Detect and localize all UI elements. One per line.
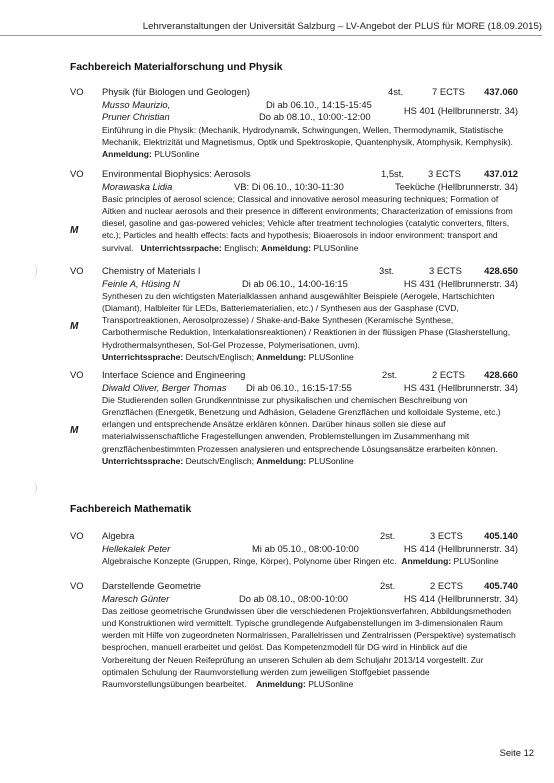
- course-time: Di ab 06.10., 16:15-17:55: [246, 382, 352, 395]
- course-description: Basic principles of aerosol science; Cla…: [102, 193, 518, 253]
- course-type: VO: [70, 530, 84, 543]
- course-type: VO: [70, 168, 84, 181]
- course-time: Di ab 06.10., 14:00-16:15: [242, 278, 348, 291]
- module-mark: M: [70, 321, 78, 334]
- course-description: Das zeitlose geometrische Grundwissen üb…: [102, 605, 518, 690]
- course-time: Do ab 08.10., 08:00-10:00: [239, 593, 348, 606]
- course-number: 428.650: [484, 265, 518, 278]
- course-room: HS 401 (Hellbrunnerstr. 34): [404, 105, 518, 118]
- module-mark: M: [70, 425, 78, 438]
- course-number: 405.740: [484, 580, 518, 593]
- course-description: Die Studierenden sollen Grundkenntnisse …: [102, 394, 518, 467]
- course-title: Darstellende Geometrie: [102, 580, 201, 593]
- course-hours: 2st.: [380, 580, 395, 593]
- course-428-650: VO Chemistry of Materials I 3st. 3 ECTS …: [70, 265, 518, 363]
- course-type: VO: [70, 86, 84, 99]
- course-title: Physik (für Biologen und Geologen): [102, 86, 250, 99]
- course-room: HS 414 (Hellbrunnerstr. 34): [404, 543, 518, 556]
- header-title: Lehrveranstaltungen der Universität Salz…: [143, 21, 542, 32]
- punch-hole-mark: [30, 263, 37, 279]
- course-room: Teeküche (Hellbrunnerstr. 34): [395, 181, 518, 194]
- course-ects: 2 ECTS: [430, 580, 463, 593]
- course-hours: 4st.: [388, 86, 403, 99]
- course-number: 405.140: [484, 530, 518, 543]
- header-divider: [0, 35, 542, 36]
- course-hours: 2st.: [380, 530, 395, 543]
- course-hours: 2st.: [382, 369, 397, 382]
- course-ects: 3 ECTS: [428, 168, 461, 181]
- module-mark: M: [70, 225, 78, 238]
- course-type: VO: [70, 580, 84, 593]
- course-lecturer: Diwald Oliver, Berger Thomas: [102, 382, 227, 395]
- section-title-mathematik: Fachbereich Mathematik: [70, 504, 191, 515]
- course-number: 437.060: [484, 86, 518, 99]
- section-title-materialforschung: Fachbereich Materialforschung und Physik: [70, 62, 282, 73]
- course-room: HS 431 (Hellbrunnerstr. 34): [404, 278, 518, 291]
- course-room: HS 414 (Hellbrunnerstr. 34): [404, 593, 518, 606]
- course-405-140: VO Algebra 2st. 3 ECTS 405.140 Hellekale…: [70, 530, 518, 567]
- course-type: VO: [70, 369, 84, 382]
- course-number: 437.012: [484, 168, 518, 181]
- course-lecturer: Feinle A, Hüsing N: [102, 278, 180, 291]
- course-ects: 7 ECTS: [432, 86, 465, 99]
- course-lecturer: Morawaska Lidia: [102, 181, 172, 194]
- course-title: Environmental Biophysics: Aerosols: [102, 168, 251, 181]
- course-428-660: VO Interface Science and Engineering 2st…: [70, 369, 518, 467]
- course-time: Mi ab 05.10., 08:00-10:00: [252, 543, 359, 556]
- page-number: Seite 12: [500, 747, 534, 758]
- page-header: Lehrveranstaltungen der Universität Salz…: [0, 21, 554, 35]
- course-room: HS 431 (Hellbrunnerstr. 34): [404, 382, 518, 395]
- punch-hole-mark: [30, 480, 37, 496]
- course-ects: 2 ECTS: [432, 369, 465, 382]
- course-hours: 3st.: [379, 265, 394, 278]
- course-437-012: VO Environmental Biophysics: Aerosols 1,…: [70, 168, 518, 254]
- course-description: Synthesen zu den wichtigsten Materialkla…: [102, 290, 518, 363]
- course-ects: 3 ECTS: [429, 265, 462, 278]
- course-number: 428.660: [484, 369, 518, 382]
- course-type: VO: [70, 265, 84, 278]
- course-time: Do ab 08.10., 10:00:-12:00: [259, 111, 371, 124]
- course-time: Di ab 06.10., 14:15-15:45: [266, 99, 372, 112]
- course-lecturer: Hellekalek Peter: [102, 543, 170, 556]
- course-405-740: VO Darstellende Geometrie 2st. 2 ECTS 40…: [70, 580, 518, 690]
- course-description: Einführung in die Physik: (Mechanik, Hyd…: [102, 124, 518, 160]
- course-lecturer: Musso Maurizio,: [102, 99, 170, 112]
- course-437-060: VO Physik (für Biologen und Geologen) 4s…: [70, 86, 518, 160]
- course-lecturer: Maresch Günter: [102, 593, 169, 606]
- course-ects: 3 ECTS: [430, 530, 463, 543]
- course-title: Algebra: [102, 530, 134, 543]
- course-lecturer: Pruner Christian: [102, 111, 170, 124]
- course-description: Algebraische Konzepte (Gruppen, Ringe, K…: [102, 555, 518, 567]
- course-title: Chemistry of Materials I: [102, 265, 200, 278]
- course-time: VB: Di 06.10., 10:30-11:30: [234, 181, 344, 194]
- course-hours: 1,5st.: [381, 168, 404, 181]
- course-title: Interface Science and Engineering: [102, 369, 245, 382]
